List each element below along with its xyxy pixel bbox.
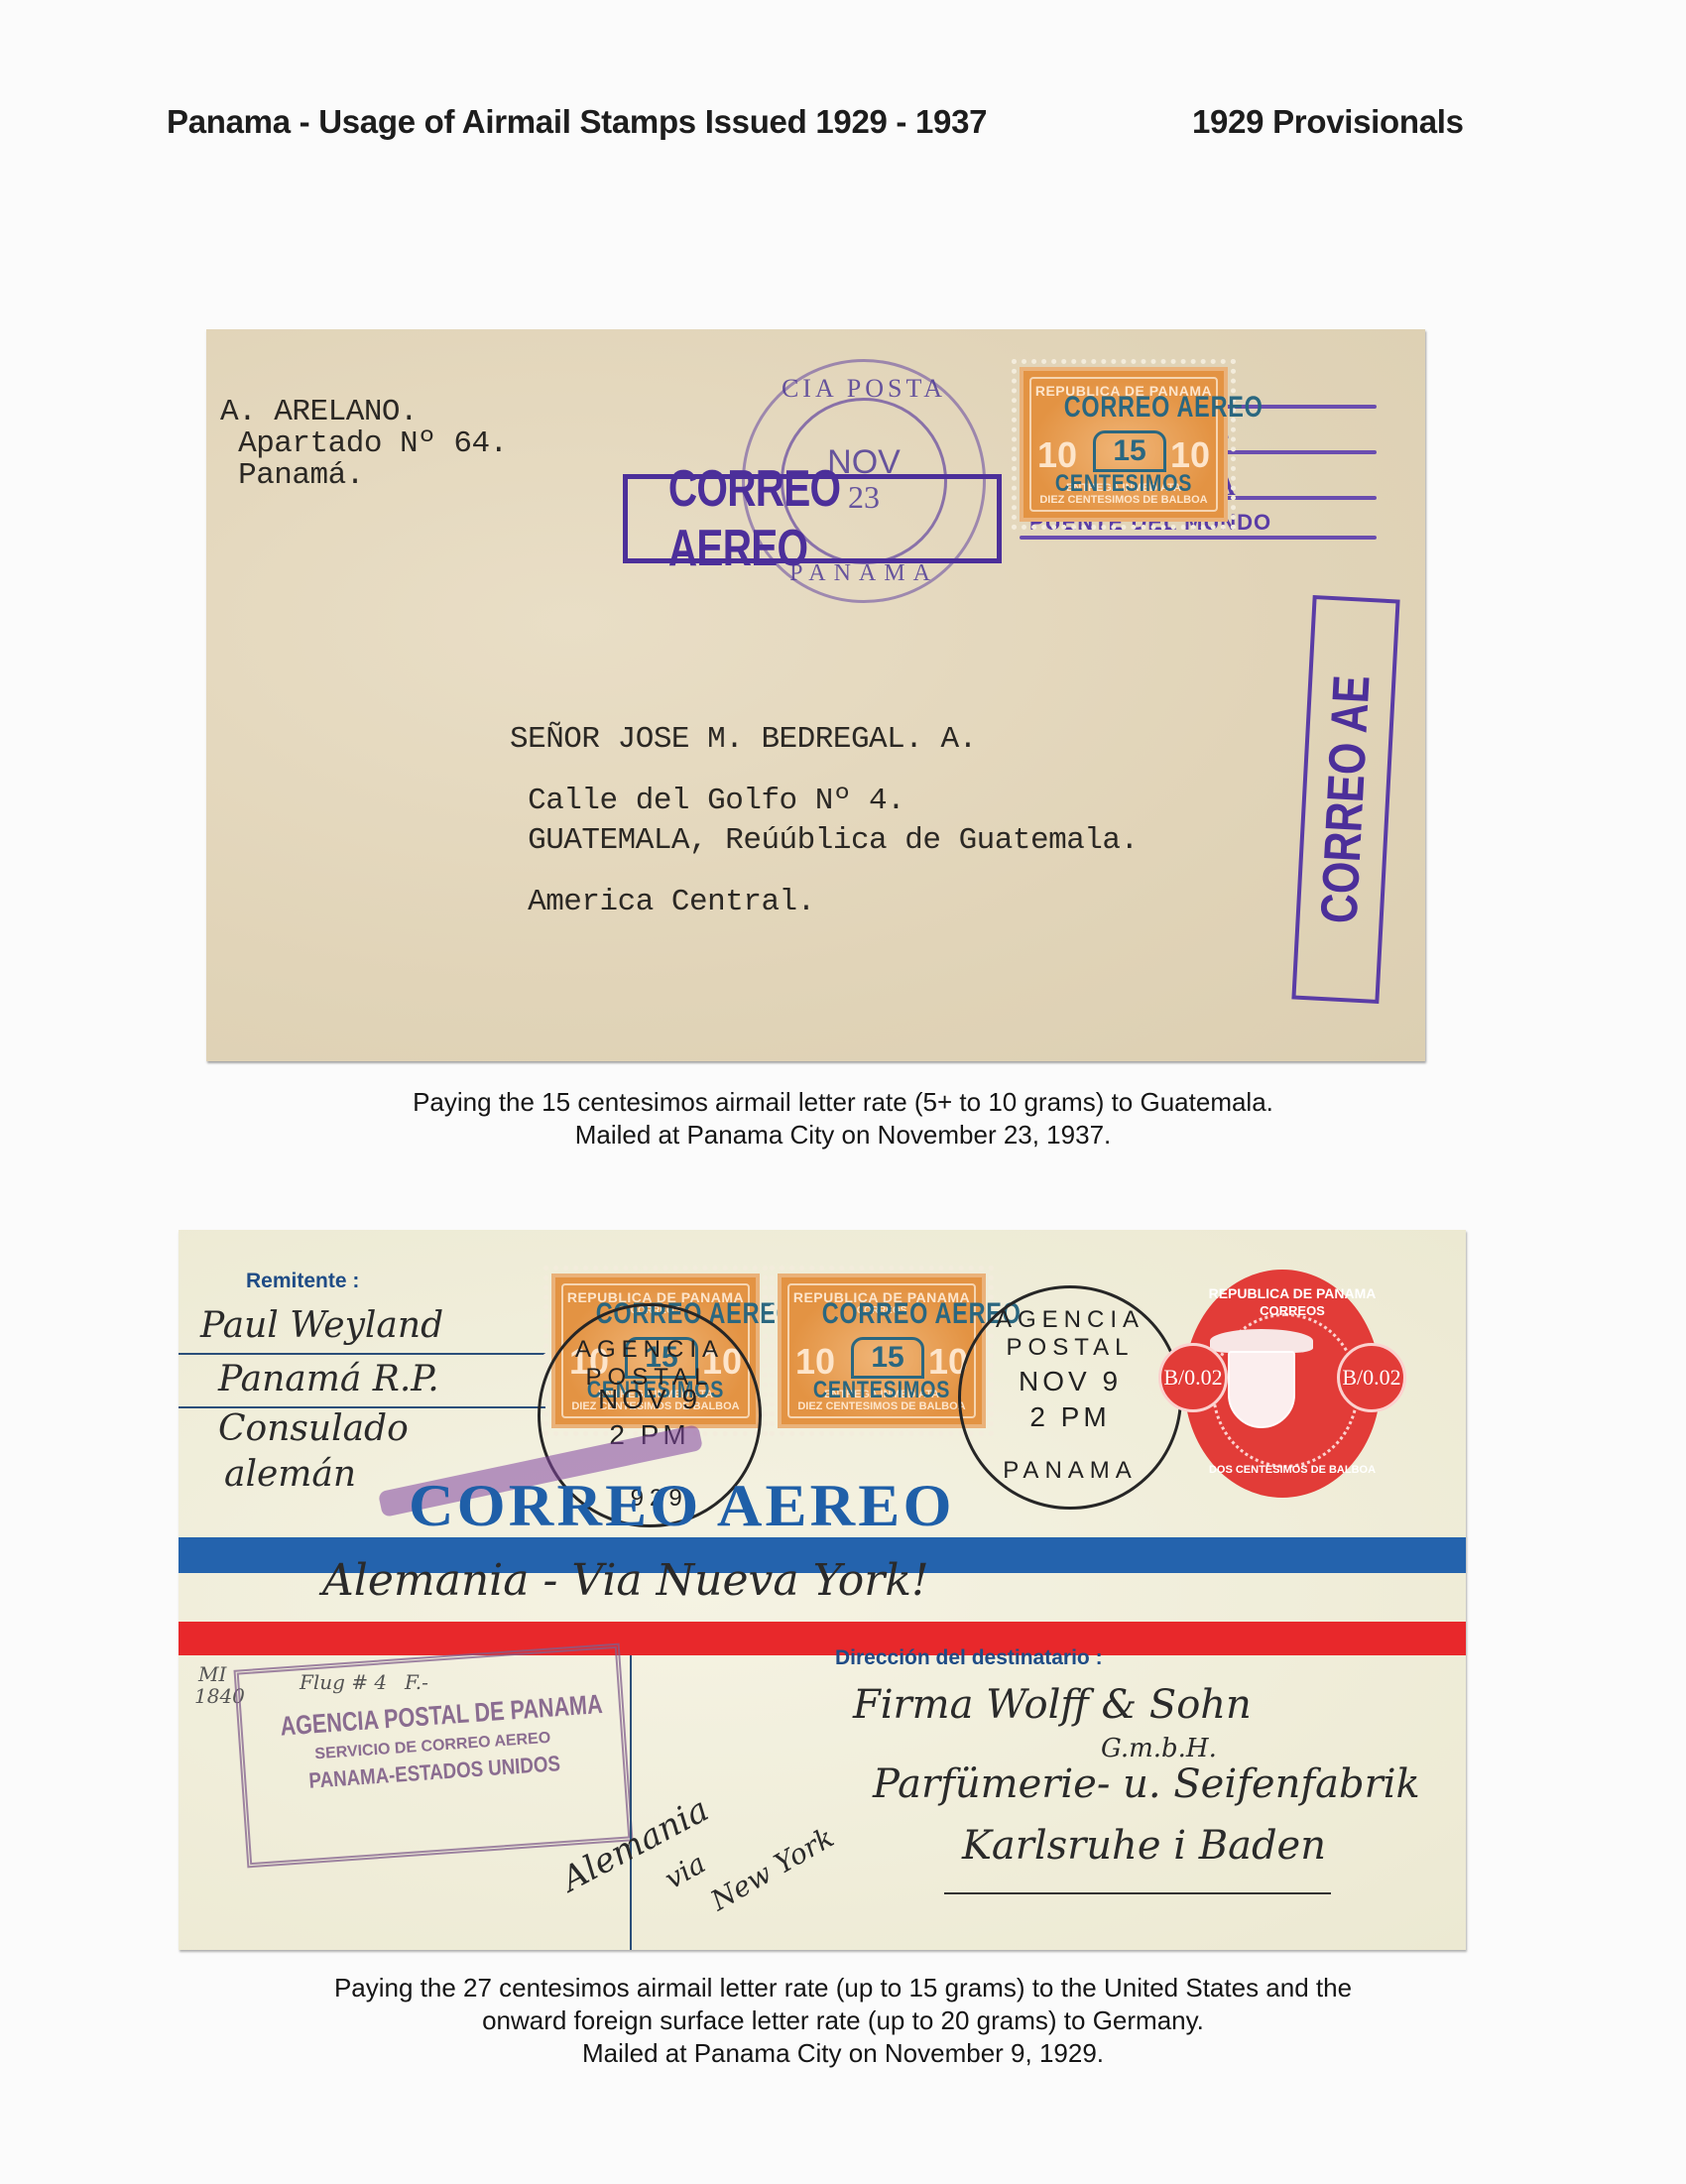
recipient-line: Firma Wolff & Sohn [853, 1682, 1252, 1728]
overprint-bottom: CENTESIMOS [807, 1377, 955, 1404]
sender-line: Apartado Nº 64. [220, 428, 508, 460]
sender-line: Panamá. [220, 460, 508, 492]
recipient-line: Calle del Golfo Nº 4. [510, 782, 1139, 821]
sender-line: A. ARELANO. [220, 397, 508, 428]
caption-line: Mailed at Panama City on November 23, 19… [0, 1119, 1686, 1152]
indicium-bottom-text: DOS CENTESIMOS DE BALBOA [1188, 1464, 1396, 1476]
recipient-label: Dirección del destinatario : [835, 1646, 1103, 1670]
page-title: Panama - Usage of Airmail Stamps Issued … [167, 103, 987, 141]
indicium-value-right: B/0.02 [1337, 1343, 1406, 1412]
eagle-icon [1210, 1329, 1313, 1353]
recipient-line: Karlsruhe i Baden [962, 1823, 1326, 1869]
agencia-postal-handstamp: AGENCIA POSTAL DE PANAMA SERVICIO DE COR… [233, 1643, 633, 1869]
address-divider [630, 1655, 632, 1950]
airmail-handstamp-text: CORREO AEREO [668, 459, 956, 578]
postmark-time: 2 PM [961, 1401, 1179, 1433]
indicium-sub-text: CORREOS [1188, 1303, 1396, 1318]
recipient-underline [944, 1892, 1331, 1894]
page-header: Panama - Usage of Airmail Stamps Issued … [167, 103, 1496, 147]
airmail-handstamp: CORREO AEREO [623, 474, 1002, 563]
red-band [179, 1622, 1466, 1655]
airmail-stamp-15c: REPUBLICA DE PANAMA CORREOS 10 10 ENTREG… [778, 1274, 986, 1428]
recipient-line: SEÑOR JOSE M. BEDREGAL. A. [510, 720, 1139, 760]
sender-line: Panamá R.P. [218, 1359, 439, 1399]
overprint-top: CORREO AEREO [822, 1297, 954, 1331]
pencil-note: MI [198, 1662, 226, 1686]
postmark-ring-text: CIA POSTA [745, 374, 983, 404]
postmark-ring-text: AGENCIA POSTAL [961, 1306, 1179, 1362]
postmark-date: NOV 9 [961, 1366, 1179, 1397]
cover-1929-germany: Remitente : Paul Weyland Panamá R.P. Con… [179, 1230, 1466, 1950]
routing-side-note: New York [705, 1821, 839, 1917]
overprint-value: 15 [1093, 430, 1166, 472]
airmail-handstamp-vertical: CORREO AE [1291, 595, 1399, 1004]
airmail-stamp-15c: REPUBLICA DE PANAMA 10 10 ENTREGA INMEDI… [1020, 367, 1228, 522]
sender-line: Paul Weyland [200, 1305, 443, 1346]
routing-instruction: Alemania - Via Nueva York! [322, 1555, 929, 1606]
overprint-top: CORREO AEREO [1064, 391, 1196, 425]
caption-line: onward foreign surface letter rate (up t… [0, 2004, 1686, 2037]
caption-cover-2: Paying the 27 centesimos airmail letter … [0, 1972, 1686, 2070]
caption-line: Paying the 15 centesimos airmail letter … [0, 1086, 1686, 1119]
routing-side-note: via [660, 1847, 711, 1895]
overprint-value: 15 [851, 1337, 924, 1379]
caption-line: Paying the 27 centesimos airmail letter … [0, 1972, 1686, 2004]
imprinted-indicium-2c: B/0.02 B/0.02 REPUBLICA DE PANAMA CORREO… [1158, 1270, 1396, 1498]
postmark-cds: AGENCIA POSTAL NOV 9 2 PM PANAMA [958, 1285, 1182, 1510]
recipient-line: Parfümerie- u. Seifenfabrik [873, 1761, 1420, 1807]
cover-1937-guatemala: A. ARELANO. Apartado Nº 64. Panamá. CIA … [206, 329, 1425, 1061]
coat-of-arms-icon [1228, 1351, 1295, 1428]
postmark-date: NOV 9 [541, 1384, 759, 1415]
overprint-bottom: CENTESIMOS [1049, 470, 1197, 498]
recipient-line: America Central. [510, 883, 1139, 922]
sender-line: Consulado [218, 1408, 409, 1449]
section-title: 1929 Provisionals [1192, 103, 1464, 141]
caption-line: Mailed at Panama City on November 9, 192… [0, 2037, 1686, 2070]
caption-cover-1: Paying the 15 centesimos airmail letter … [0, 1086, 1686, 1152]
recipient-address: SEÑOR JOSE M. BEDREGAL. A. Calle del Gol… [510, 720, 1139, 922]
wavy-line [1020, 536, 1377, 540]
airmail-printed-title: CORREO AEREO [409, 1472, 955, 1540]
recipient-line: G.m.b.H. [1101, 1734, 1217, 1763]
sender-address: A. ARELANO. Apartado Nº 64. Panamá. [220, 397, 508, 492]
airmail-handstamp-vertical-text: CORREO AE [1309, 673, 1382, 924]
postmark-ring-bottom: PANAMA [961, 1457, 1179, 1485]
indicium-value-left: B/0.02 [1158, 1343, 1228, 1412]
sender-line: alemán [224, 1454, 356, 1495]
sender-rule [179, 1353, 545, 1355]
sender-label: Remitente : [246, 1270, 359, 1293]
indicium-top-text: REPUBLICA DE PANAMA [1188, 1285, 1396, 1301]
recipient-line: GUATEMALA, Reúública de Guatemala. [510, 821, 1139, 861]
